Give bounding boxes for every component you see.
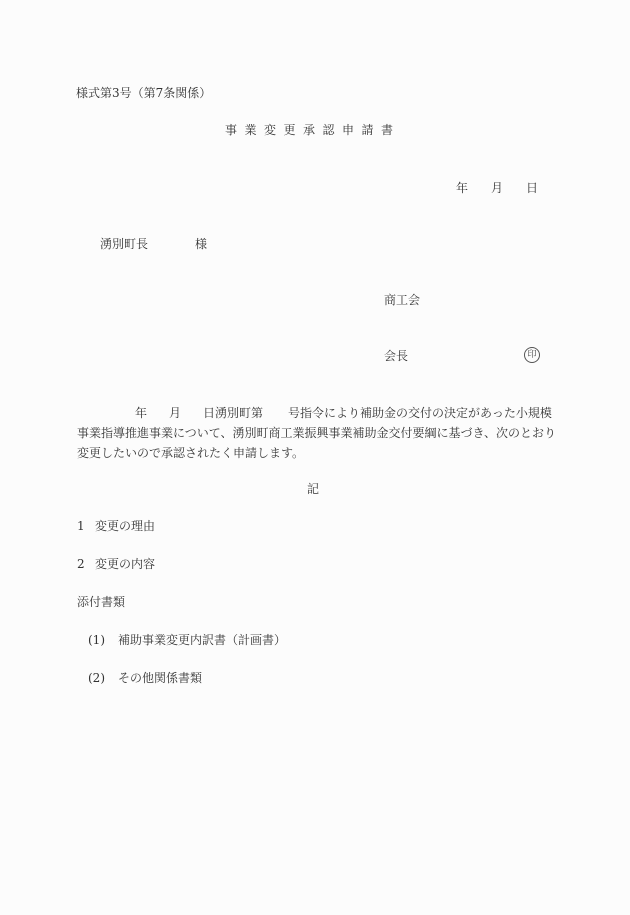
attachment-item: (2)その他関係書類 (88, 670, 202, 686)
attachment-label: その他関係書類 (118, 671, 202, 685)
addressee-honorific: 様 (195, 237, 207, 251)
form-number: 様式第3号（第7条関係） (76, 85, 211, 101)
seal-icon: 印 (524, 347, 540, 363)
body-year: 年 (135, 406, 147, 420)
attachment-number: (2) (88, 670, 118, 686)
applicant-organization: 商工会 (384, 292, 420, 308)
body-rest: 号指令により補助金の交付の決定があった小規模 (288, 406, 552, 420)
item-number: 1 (77, 518, 95, 534)
item-change-content: 2変更の内容 (77, 556, 155, 572)
item-change-reason: 1変更の理由 (77, 518, 155, 534)
date-day-label: 日 (526, 180, 538, 196)
body-line-3: 変更したいので承認されたく申請します。 (77, 443, 557, 463)
item-number: 2 (77, 556, 95, 572)
addressee-name: 湧別町長 (100, 237, 148, 251)
attachment-number: (1) (88, 632, 118, 648)
body-line-2: 事業指導推進事業について、湧別町商工業振興事業補助金交付要綱に基づき、次のとおり (77, 423, 557, 443)
date-year-label: 年 (456, 180, 468, 196)
date-line: 年月日 (456, 180, 538, 196)
date-month-label: 月 (491, 180, 503, 196)
body-line-1: 年月日湧別町第号指令により補助金の交付の決定があった小規模 (77, 403, 557, 423)
item-label: 変更の内容 (95, 557, 155, 571)
body-month: 月 (169, 406, 181, 420)
item-label: 変更の理由 (95, 519, 155, 533)
body-day-ref: 日湧別町第 (203, 406, 263, 420)
document-title: 事業変更承認申請書 (225, 122, 401, 138)
applicant-representative-title: 会長 (384, 348, 408, 364)
addressee: 湧別町長様 (100, 236, 207, 252)
application-body: 年月日湧別町第号指令により補助金の交付の決定があった小規模 事業指導推進事業につ… (77, 403, 557, 463)
attachments-heading: 添付書類 (77, 594, 125, 610)
ki-heading: 記 (307, 481, 319, 497)
attachment-item: (1)補助事業変更内訳書（計画書） (88, 632, 286, 648)
attachment-label: 補助事業変更内訳書（計画書） (118, 633, 286, 647)
